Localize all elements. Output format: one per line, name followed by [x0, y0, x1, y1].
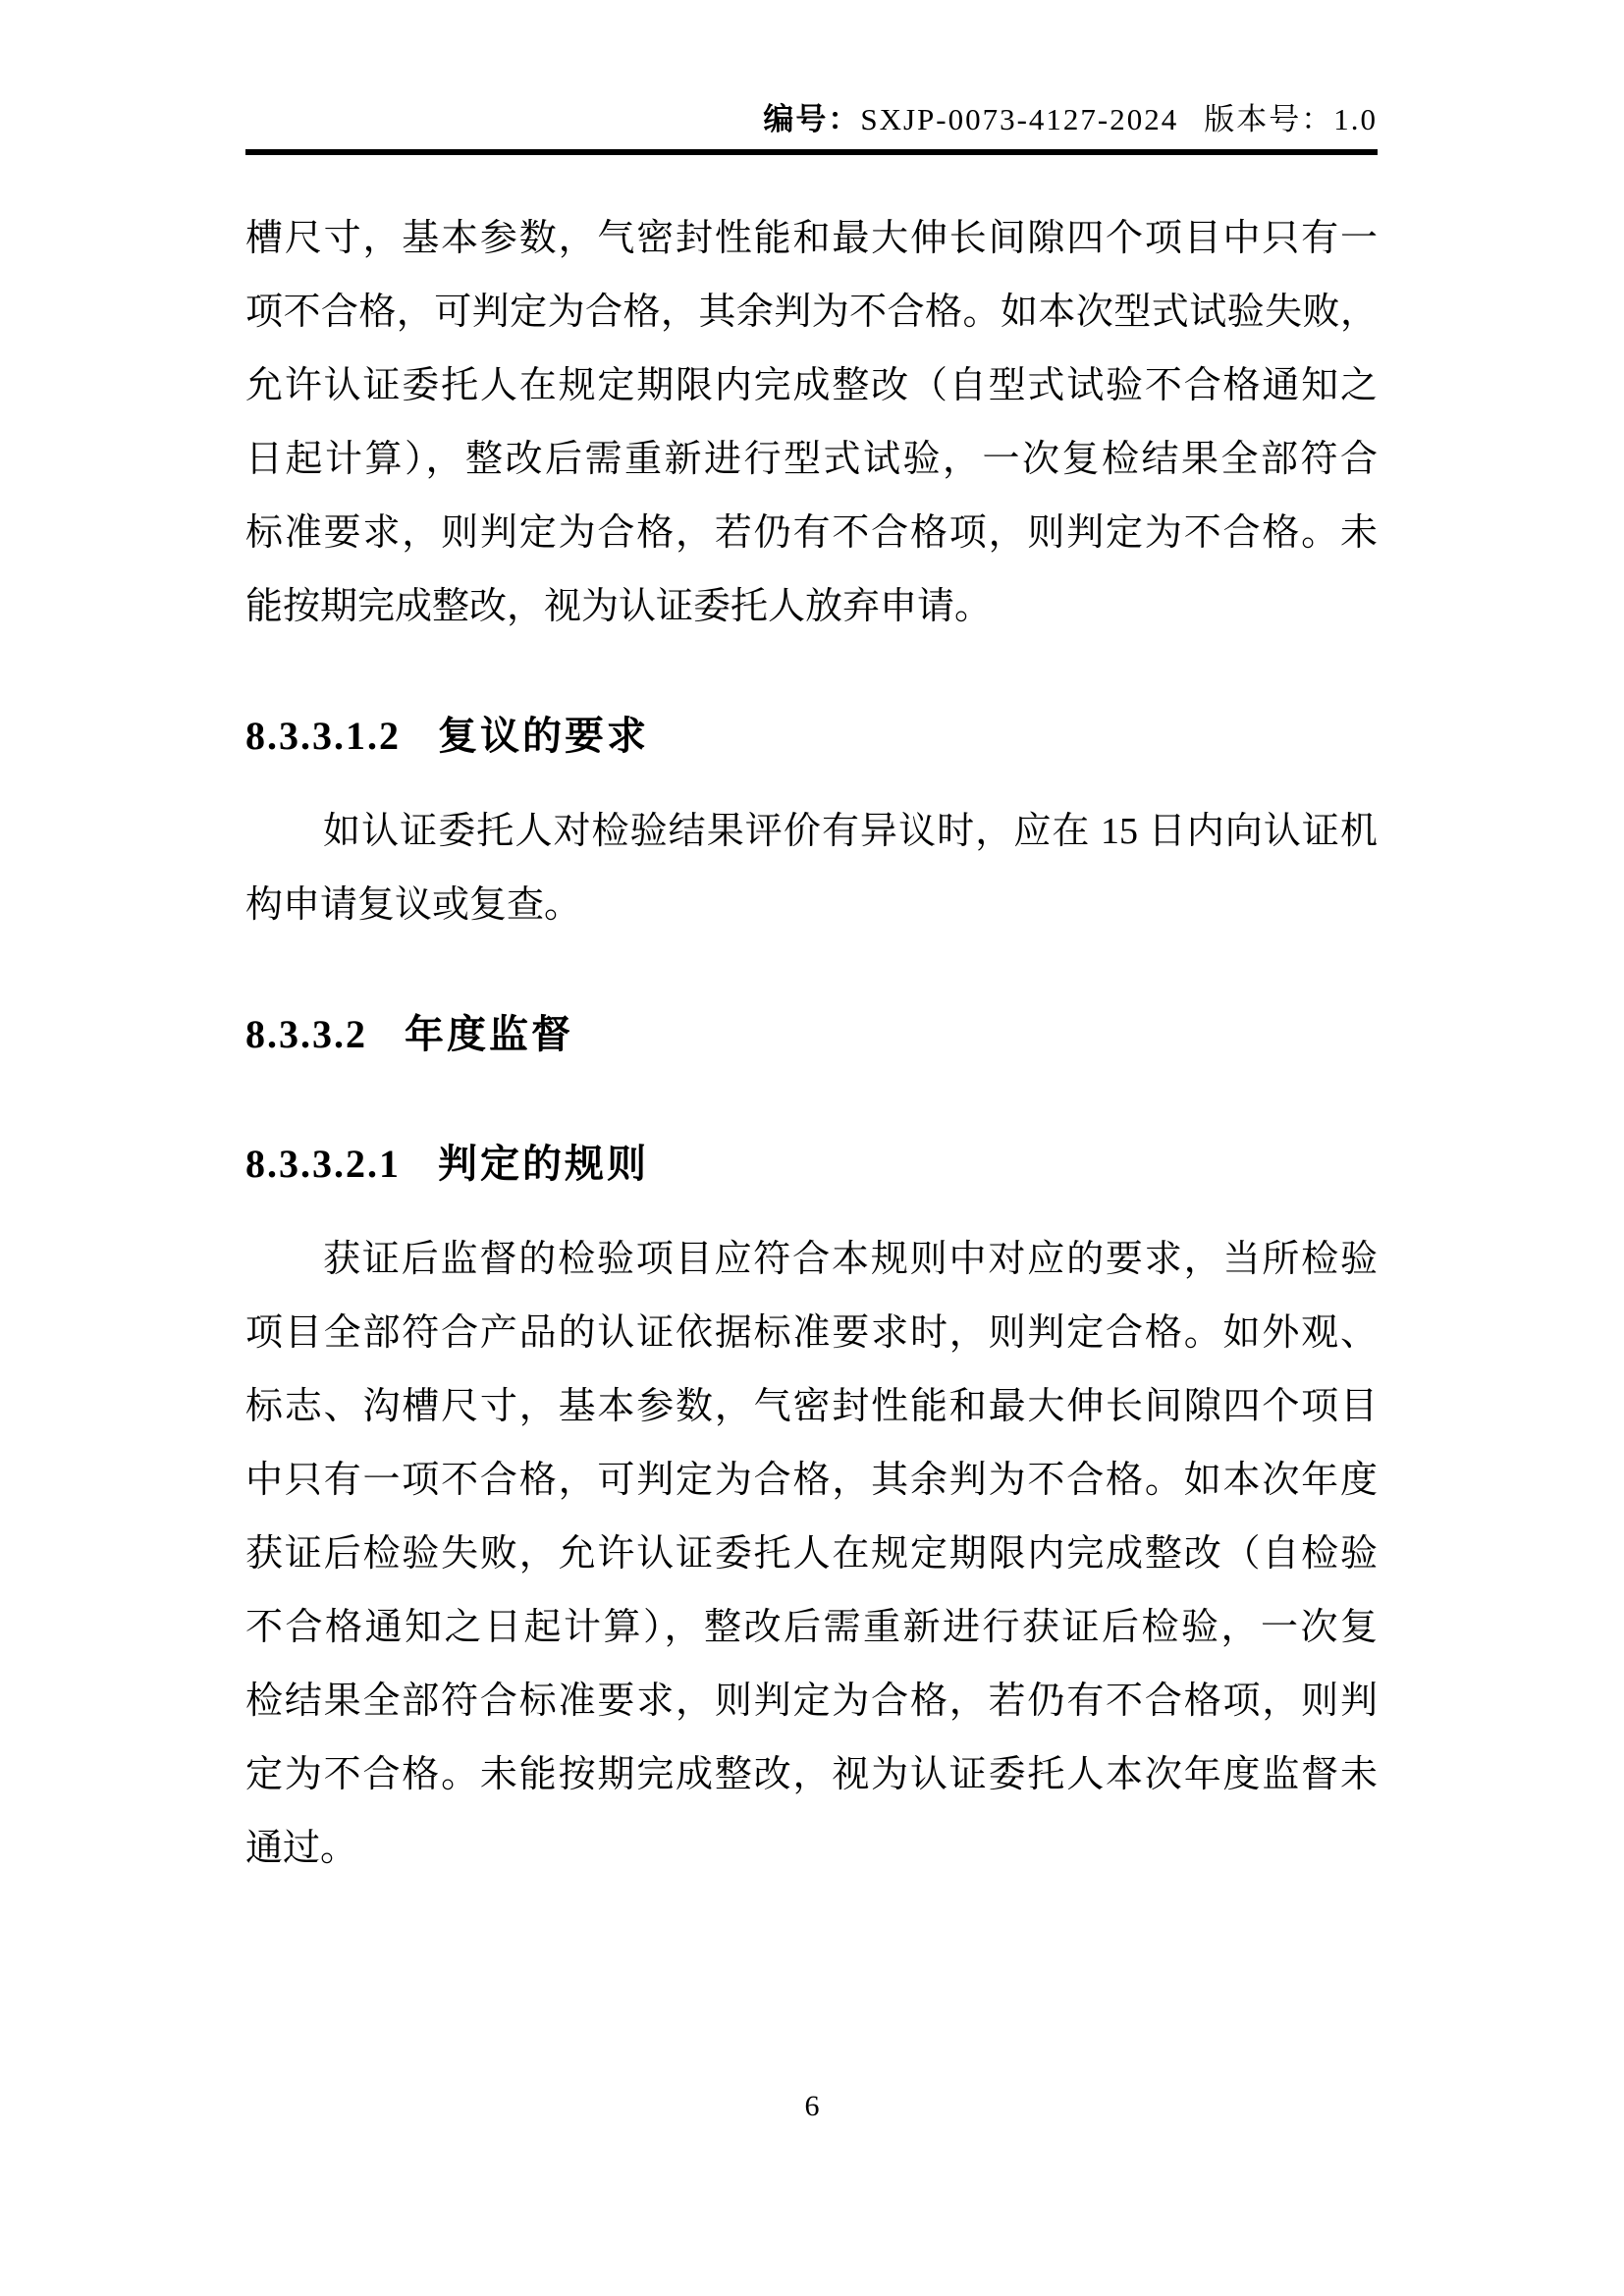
section-heading-title: 复议的要求	[438, 715, 649, 758]
doc-version-label: 版本号：	[1204, 102, 1333, 136]
document-body: 槽尺寸，基本参数，气密封性能和最大伸长间隙四个项目中只有一项不合格，可判定为合格…	[245, 155, 1378, 1886]
paragraph-line: 获证后检验失败，允许认证委托人在规定期限内完成整改（自检验	[245, 1518, 1378, 1591]
section-heading-number: 8.3.3.2	[245, 1012, 367, 1056]
doc-number-value: SXJP-0073-4127-2024	[860, 102, 1178, 136]
paragraph-line: 构申请复议或复查。	[245, 869, 1378, 942]
paragraph-line: 标准要求，则判定为合格，若仍有不合格项，则判定为不合格。未	[245, 497, 1378, 570]
paragraph-line: 允许认证委托人在规定期限内完成整改（自型式试验不合格通知之	[245, 349, 1378, 423]
paragraph-line: 获证后监督的检验项目应符合本规则中对应的要求，当所检验	[245, 1223, 1378, 1297]
section-heading-number: 8.3.3.1.2	[245, 714, 401, 758]
page-number: 6	[0, 2089, 1624, 2124]
paragraph-line: 不合格通知之日起计算），整改后需重新进行获证后检验，一次复	[245, 1591, 1378, 1665]
paragraph: 获证后监督的检验项目应符合本规则中对应的要求，当所检验项目全部符合产品的认证依据…	[245, 1223, 1378, 1886]
paragraph-line: 通过。	[245, 1812, 1378, 1886]
paragraph-line: 定为不合格。未能按期完成整改，视为认证委托人本次年度监督未	[245, 1738, 1378, 1812]
doc-number-label: 编号：	[763, 102, 860, 136]
section-heading: 8.3.3.1.2复议的要求	[245, 699, 1378, 774]
paragraph-line: 日起计算），整改后需重新进行型式试验，一次复检结果全部符合	[245, 423, 1378, 497]
paragraph-line: 项目全部符合产品的认证依据标准要求时，则判定合格。如外观、	[245, 1297, 1378, 1370]
section-heading-title: 年度监督	[405, 1013, 573, 1056]
paragraph-line: 中只有一项不合格，可判定为合格，其余判为不合格。如本次年度	[245, 1444, 1378, 1518]
paragraph: 如认证委托人对检验结果评价有异议时，应在 15 日内向认证机构申请复议或复查。	[245, 795, 1378, 942]
paragraph-line: 如认证委托人对检验结果评价有异议时，应在 15 日内向认证机	[245, 795, 1378, 869]
section-heading: 8.3.3.2.1判定的规则	[245, 1127, 1378, 1201]
paragraph-line: 检结果全部符合标准要求，则判定为合格，若仍有不合格项，则判	[245, 1665, 1378, 1738]
section-heading-number: 8.3.3.2.1	[245, 1142, 401, 1186]
doc-version-value: 1.0	[1333, 102, 1378, 136]
content-column: 编号：SXJP-0073-4127-2024版本号：1.0 槽尺寸，基本参数，气…	[245, 0, 1378, 1886]
paragraph-line: 标志、沟槽尺寸，基本参数，气密封性能和最大伸长间隙四个项目	[245, 1370, 1378, 1444]
paragraph-line: 能按期完成整改，视为认证委托人放弃申请。	[245, 570, 1378, 644]
paragraph: 槽尺寸，基本参数，气密封性能和最大伸长间隙四个项目中只有一项不合格，可判定为合格…	[245, 202, 1378, 644]
paragraph-line: 槽尺寸，基本参数，气密封性能和最大伸长间隙四个项目中只有一	[245, 202, 1378, 276]
page-header: 编号：SXJP-0073-4127-2024版本号：1.0	[245, 0, 1378, 141]
document-page: 编号：SXJP-0073-4127-2024版本号：1.0 槽尺寸，基本参数，气…	[0, 0, 1624, 2296]
paragraph-line: 项不合格，可判定为合格，其余判为不合格。如本次型式试验失败，	[245, 276, 1378, 349]
section-heading: 8.3.3.2年度监督	[245, 997, 1378, 1072]
section-heading-title: 判定的规则	[438, 1143, 649, 1186]
